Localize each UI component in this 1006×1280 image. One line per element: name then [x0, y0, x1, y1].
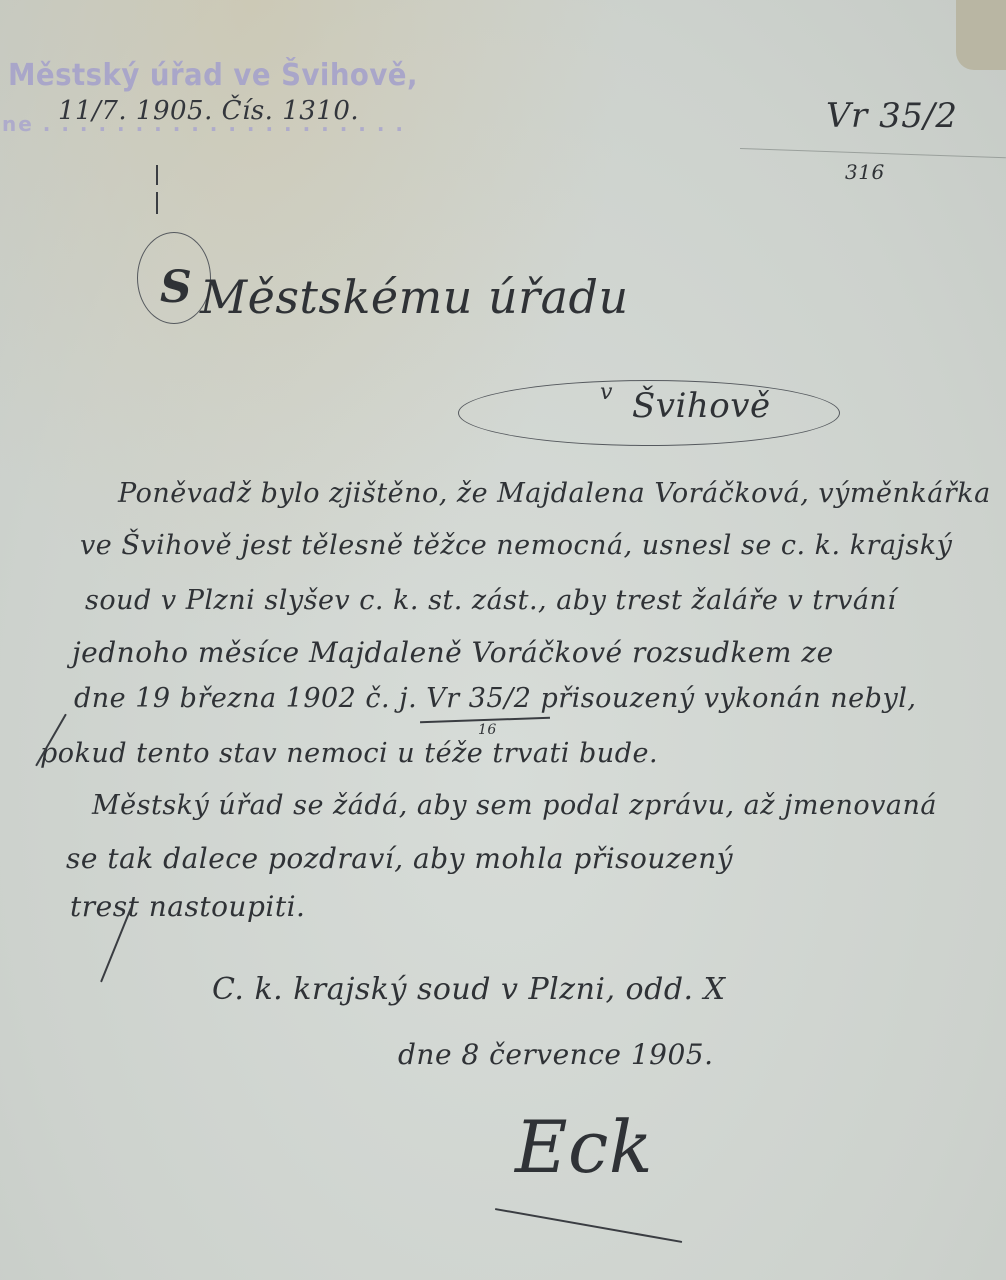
place-prefix: v: [600, 380, 613, 405]
reference-number: Vr 35/2: [826, 96, 957, 136]
body-line-8: se tak dalece pozdraví, aby mohla přisou…: [66, 842, 733, 875]
body-line-7: Městský úřad se žádá, aby sem podal zprá…: [92, 790, 937, 821]
reference-fraction-denominator: 16: [478, 722, 497, 738]
signature: Eck: [515, 1105, 653, 1189]
body-line-4: jednoho měsíce Majdaleně Voráčkové rozsu…: [72, 636, 834, 669]
body-line-1: Poněvadž bylo zjištěno, že Majdalena Vor…: [118, 478, 991, 509]
reference-sub-number: 316: [845, 160, 885, 184]
addressee-place: Švihově: [632, 386, 771, 426]
margin-tick-mark: [156, 192, 158, 214]
body-line-5: dne 19 března 1902 č. j. Vr 35/2 přisouz…: [74, 683, 916, 714]
torn-corner: [956, 0, 1006, 70]
body-line-3: soud v Plzni slyšev c. k. st. zást., aby…: [85, 585, 896, 616]
body-line-6: pokud tento stav nemoci u téže trvati bu…: [40, 738, 658, 769]
closing-court: C. k. krajský soud v Plzni, odd. X: [212, 972, 725, 1007]
addressee-line: Městskému úřadu: [200, 270, 629, 324]
addressee-initial: S: [160, 262, 192, 313]
office-stamp: Městský úřad ve Švihově,: [8, 58, 418, 93]
body-line-2: ve Švihově jest tělesně těžce nemocná, u…: [80, 530, 952, 561]
margin-tick-mark: [156, 165, 158, 185]
stamp-entry-date-number: 11/7. 1905. Čís. 1310.: [58, 96, 359, 126]
body-line-9: trest nastoupiti.: [70, 890, 305, 923]
closing-date: dne 8 července 1905.: [398, 1038, 714, 1071]
